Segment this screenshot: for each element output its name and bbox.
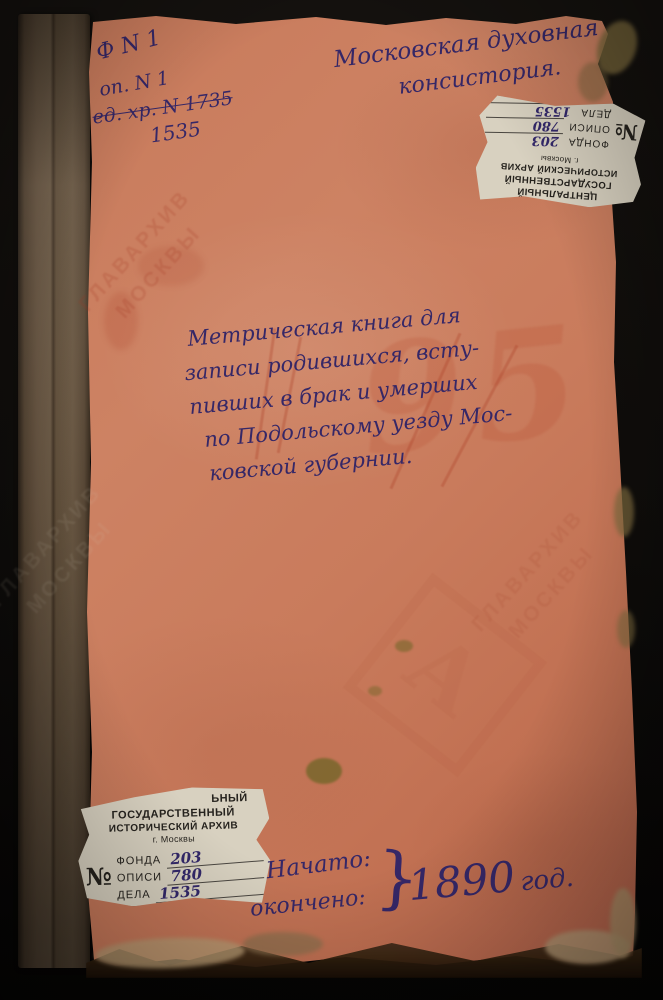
archive-stamp-bottom: ЬНЫЙ ГОСУДАРСТВЕННЫЙ ИСТОРИЧЕСКИЙ АРХИВ … bbox=[76, 786, 271, 908]
stamp-no-symbol: № bbox=[614, 121, 638, 144]
torn-patch bbox=[243, 932, 323, 956]
stamp-field-value: 780 bbox=[486, 117, 564, 132]
archive-book-cover-photo: ГЛАВАРХИВ МОСКВЫ ГЛАВАРХИВ МОСКВЫ ГЛАВАР… bbox=[0, 0, 663, 1000]
stamp-field-label: ОПИСИ bbox=[117, 872, 163, 885]
year-suffix: год. bbox=[519, 863, 575, 898]
torn-patch bbox=[610, 888, 636, 958]
main-title-inscription: Метрическая книга для записи родившихся,… bbox=[186, 294, 517, 491]
stamp-field-label: ДЕЛА bbox=[580, 106, 611, 119]
ink-stain bbox=[306, 758, 342, 784]
stamp-field-value: 203 bbox=[485, 132, 563, 147]
emblem-letter: А bbox=[386, 614, 503, 737]
stamp-field-label: ФОНДА bbox=[116, 855, 161, 868]
stamp-field-label: ДЕЛА bbox=[117, 889, 151, 902]
stamp-field-label: ОПИСИ bbox=[568, 121, 610, 135]
stamp-no-symbol: № bbox=[85, 864, 112, 889]
archive-stamp-top: ЦЕНТРАЛЬНЫЙ ГОСУДАРСТВЕННЫЙ ИСТОРИЧЕСКИЙ… bbox=[474, 94, 647, 210]
torn-corner-patch bbox=[578, 62, 608, 102]
year-number: 1890 bbox=[406, 852, 517, 910]
stamp-field-label: ФОНДА bbox=[568, 136, 610, 150]
